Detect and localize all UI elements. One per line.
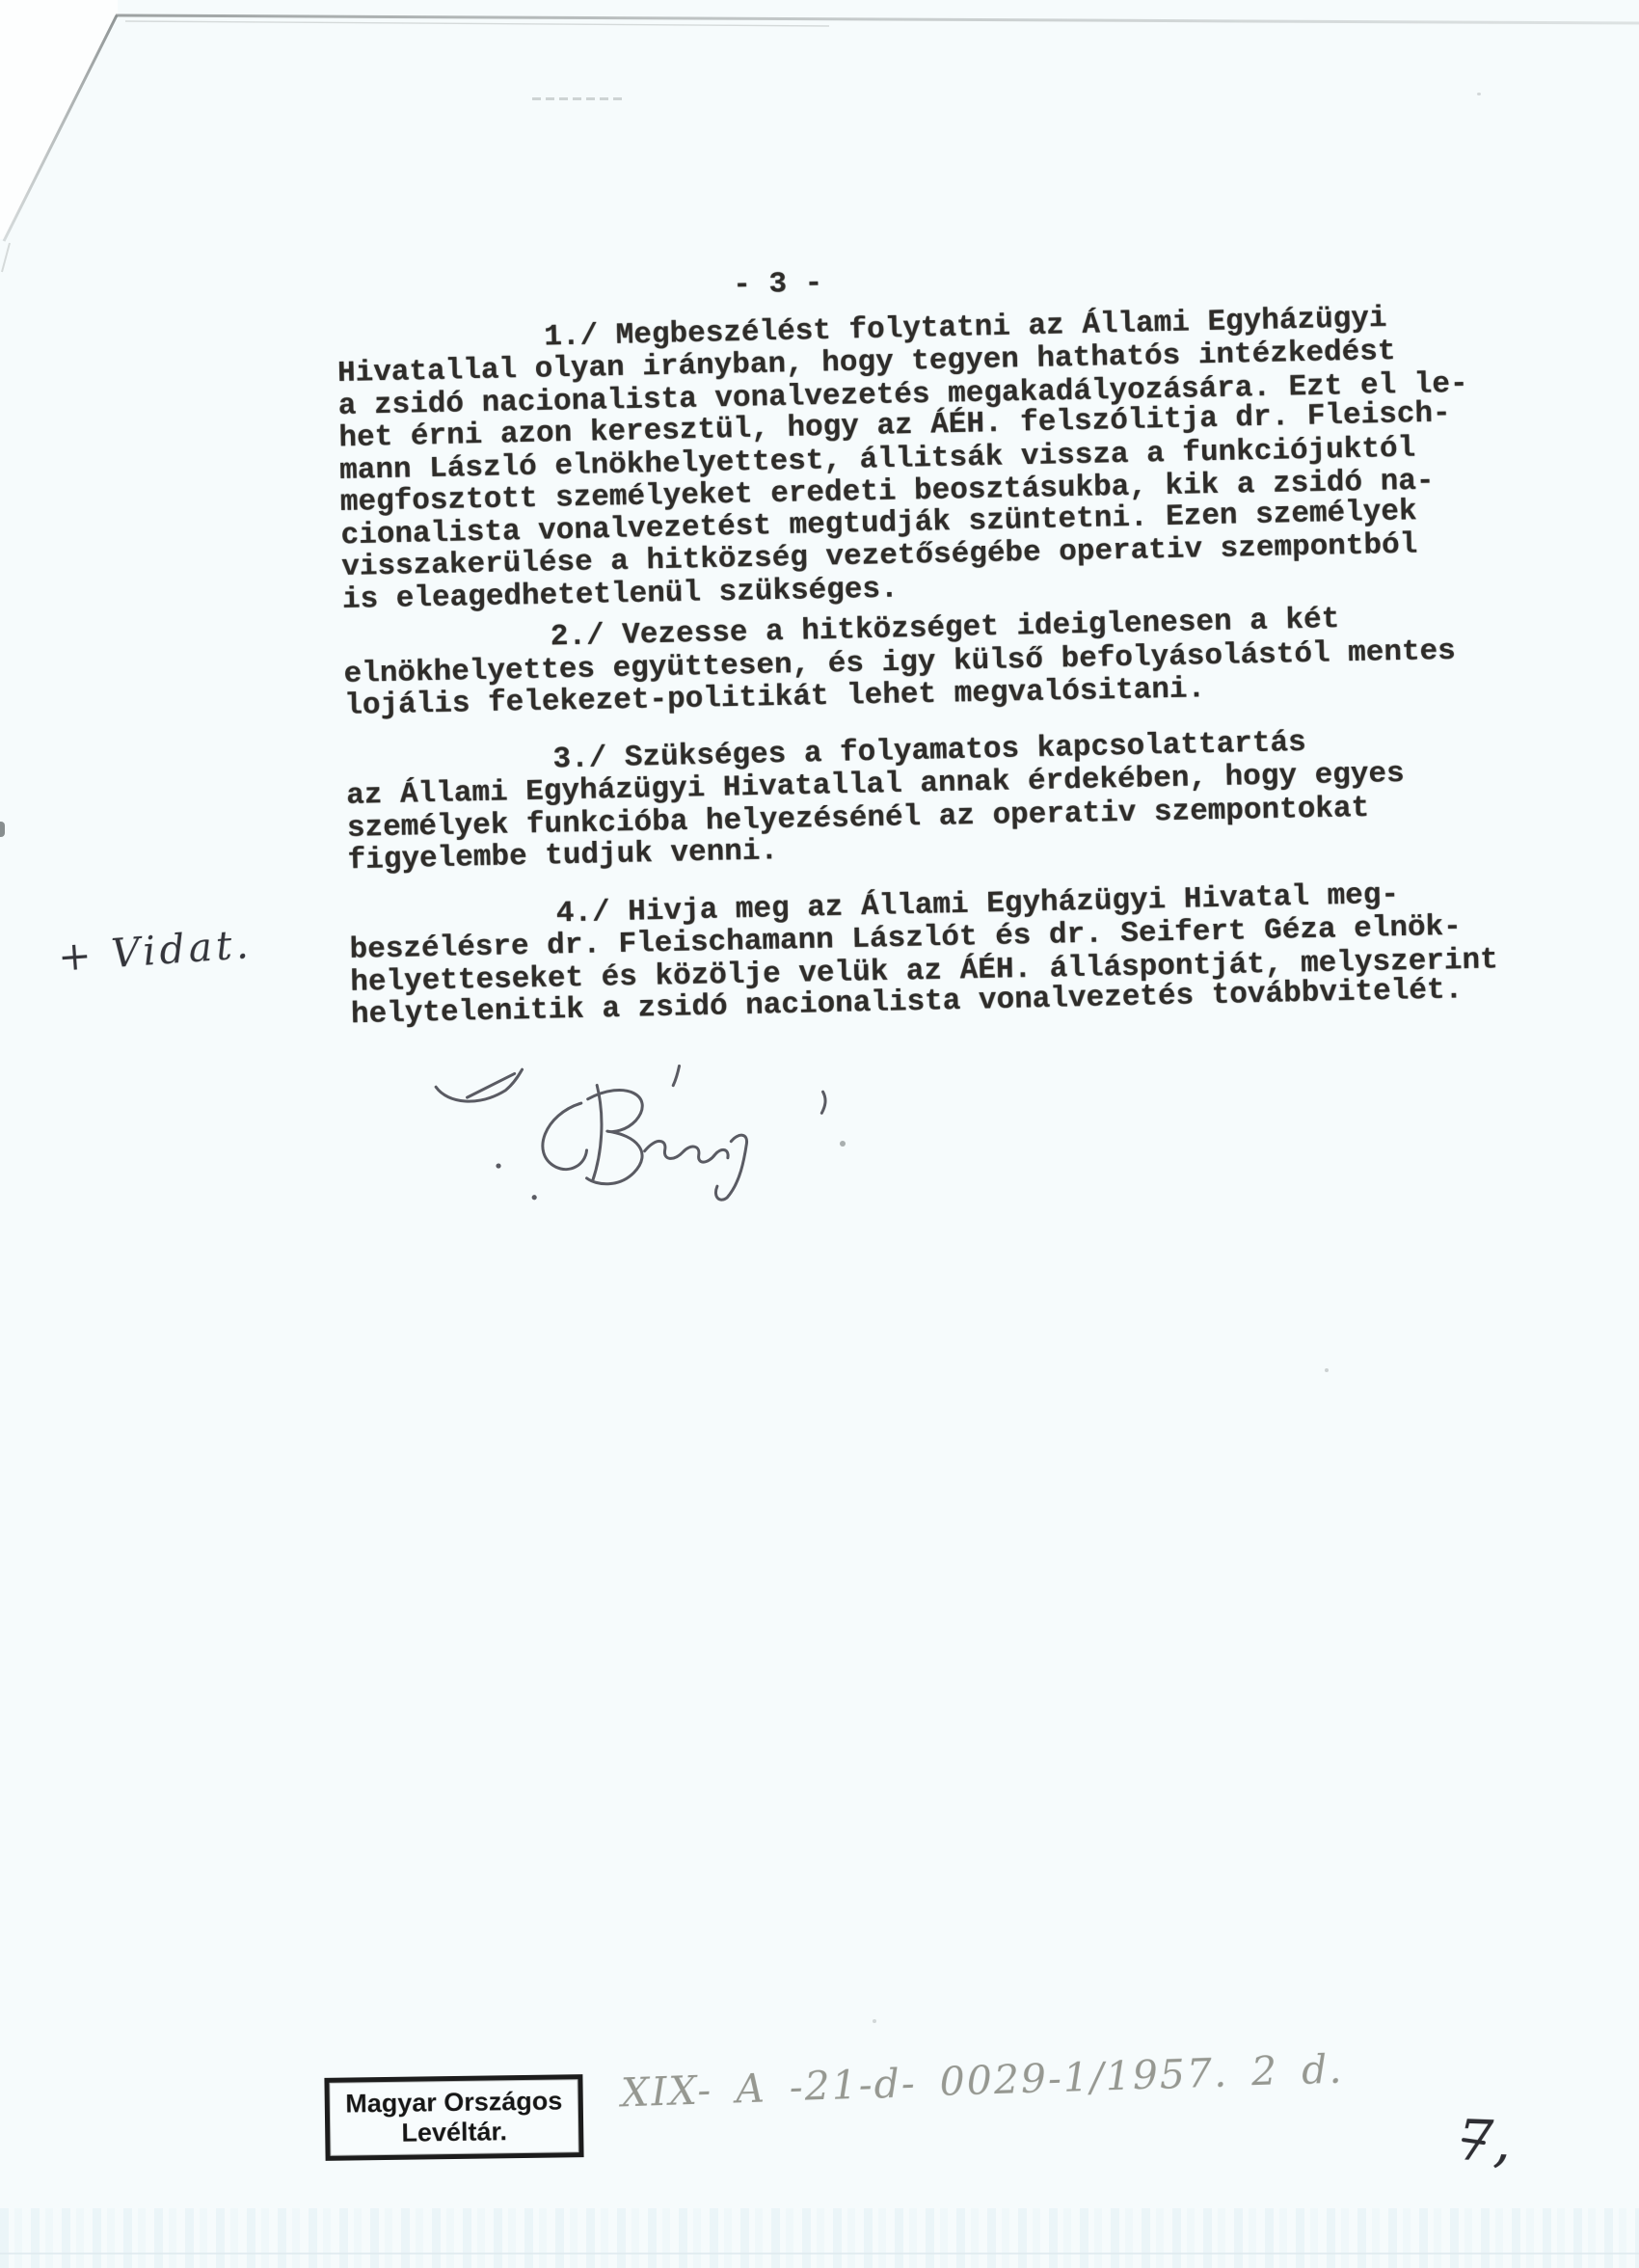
handwritten-signature xyxy=(417,1036,857,1234)
ink-speck xyxy=(1477,93,1481,95)
top-edge-line xyxy=(116,15,1639,23)
signature-b-bowls xyxy=(583,1090,645,1185)
diagonal-fold-tail xyxy=(2,243,10,272)
top-edge-line-2 xyxy=(125,21,829,26)
ink-speck xyxy=(1325,1368,1329,1372)
paragraph-1: 1./ Megbeszélést folytatni az Állami Egy… xyxy=(336,301,1509,616)
diagonal-fold-line xyxy=(4,15,117,241)
ink-speck xyxy=(873,2019,876,2023)
typewritten-text-block: - 3 - 1./ Megbeszélést folytatni az Álla… xyxy=(336,254,1518,1057)
signature-initial-loop xyxy=(541,1103,587,1171)
signature-tick xyxy=(673,1066,681,1085)
signature-squiggle xyxy=(644,1139,728,1164)
signature-dot xyxy=(496,1163,500,1168)
signature-b-stem xyxy=(589,1085,604,1180)
signature-flourish-cross xyxy=(467,1073,516,1097)
scan-bottom-texture xyxy=(0,2208,1639,2268)
archive-stamp: Magyar Országos Levéltár. xyxy=(324,2074,583,2161)
paragraph-3: 3./ Szükséges a folyamatos kapcsolattart… xyxy=(345,723,1515,877)
page-number: - 3 - xyxy=(336,254,1502,310)
scanned-document-page: - 3 - 1./ Megbeszélést folytatni az Álla… xyxy=(0,0,1639,2268)
archival-reference-handwriting: XIX- A -21-d- 0029-1/1957. 2 d. xyxy=(620,2046,1344,2117)
scan-bottom-line xyxy=(0,2253,1639,2254)
corner-cutout xyxy=(0,0,118,239)
left-edge-mark xyxy=(0,822,5,837)
handwritten-margin-note: + Vidat. xyxy=(57,921,254,981)
signature-dot xyxy=(532,1195,537,1200)
paragraph-4: 4./ Hivja meg az Állami Egyházügyi Hivat… xyxy=(349,877,1518,1031)
signature-tick-right xyxy=(821,1092,826,1113)
signature-descender xyxy=(713,1135,748,1200)
faint-scan-dash xyxy=(532,97,624,100)
corner-page-number: 7, xyxy=(1457,2107,1513,2174)
stamp-line-2: Levéltár. xyxy=(401,2117,507,2148)
paragraph-2: 2./ Vezesse a hitközséget ideiglenesen a… xyxy=(343,602,1512,723)
stamp-line-1: Magyar Országos xyxy=(345,2086,563,2119)
